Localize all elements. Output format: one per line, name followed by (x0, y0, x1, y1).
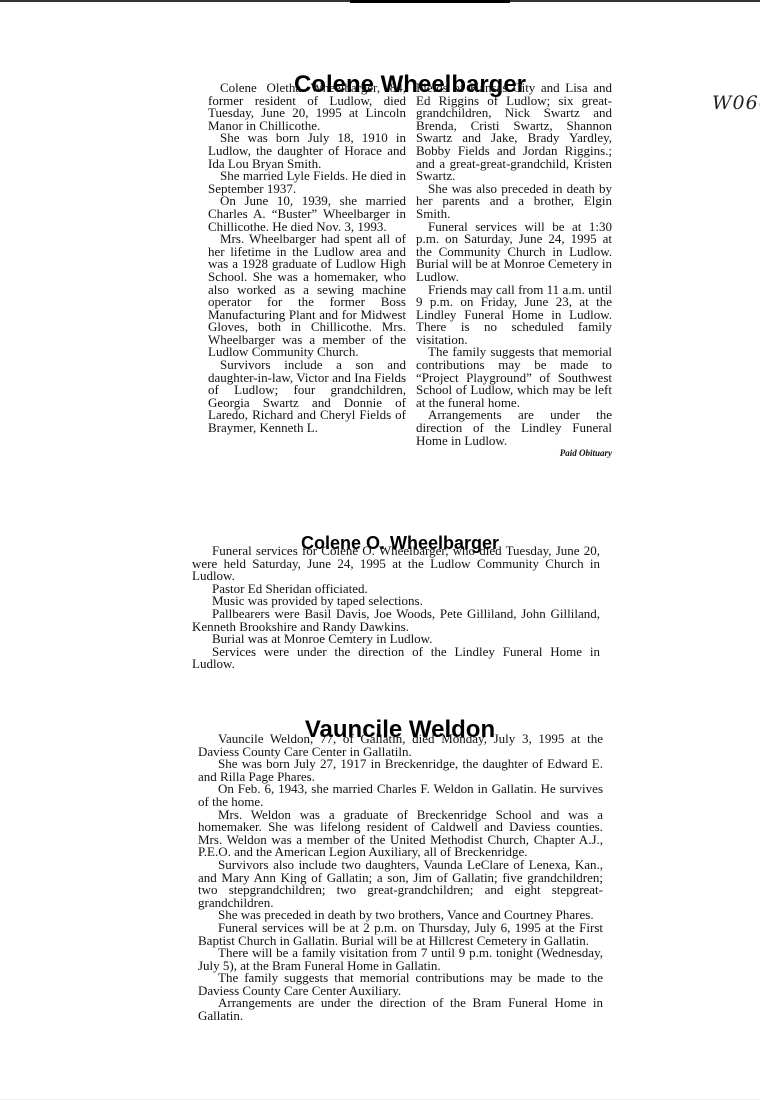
scan-border-mark (350, 0, 510, 3)
paragraph: The family suggests that memorial contri… (198, 972, 603, 997)
paragraph: Survivors also include two daughters, Va… (198, 859, 603, 909)
paragraph: She was born July 18, 1910 in Ludlow, th… (208, 132, 406, 170)
paragraph: She married Lyle Fields. He died in Sept… (208, 170, 406, 195)
paragraph: Mrs. Weldon was a graduate of Breckenrid… (198, 809, 603, 859)
paragraph: Friends may call from 11 a.m. until 9 p.… (416, 284, 612, 347)
paragraph: Funeral services will be at 1:30 p.m. on… (416, 221, 612, 284)
paragraph: Colene Oletha Wheelbarger, 84, former re… (208, 82, 406, 132)
paragraph: The family suggests that memorial contri… (416, 346, 612, 409)
paragraph-continuation: Fields of Kansas City and Lisa and Ed Ri… (416, 82, 612, 183)
paragraph: Survivors include a son and daughter-in-… (208, 359, 406, 435)
paragraph: She was born July 27, 1917 in Breckenrid… (198, 758, 603, 783)
obituary1-column-2: Fields of Kansas City and Lisa and Ed Ri… (416, 82, 612, 460)
paragraph: Mrs. Wheelbarger had spent all of her li… (208, 233, 406, 359)
obituary2-body: Funeral services for Colene O. Wheelbarg… (192, 545, 600, 671)
paragraph: There will be a family visitation from 7… (198, 947, 603, 972)
paragraph: Vauncile Weldon, 77, of Gallatin, died M… (198, 733, 603, 758)
handwritten-annotation: W060 (712, 92, 760, 114)
paragraph: She was also preceded in death by her pa… (416, 183, 612, 221)
paragraph: On Feb. 6, 1943, she married Charles F. … (198, 783, 603, 808)
paragraph: Services were under the direction of the… (192, 646, 600, 671)
paid-obituary-label: Paid Obituary (416, 447, 612, 460)
obituary3-body: Vauncile Weldon, 77, of Gallatin, died M… (198, 733, 603, 1023)
paragraph: Arrangements are under the direction of … (416, 409, 612, 447)
paragraph: On June 10, 1939, she married Charles A.… (208, 195, 406, 233)
paragraph: Funeral services for Colene O. Wheelbarg… (192, 545, 600, 583)
paragraph: Funeral services will be at 2 p.m. on Th… (198, 922, 603, 947)
obituary1-column-1: Colene Oletha Wheelbarger, 84, former re… (208, 82, 406, 435)
scan-top-border (0, 0, 760, 2)
paragraph: Pallbearers were Basil Davis, Joe Woods,… (192, 608, 600, 633)
paragraph: Arrangements are under the direction of … (198, 997, 603, 1022)
